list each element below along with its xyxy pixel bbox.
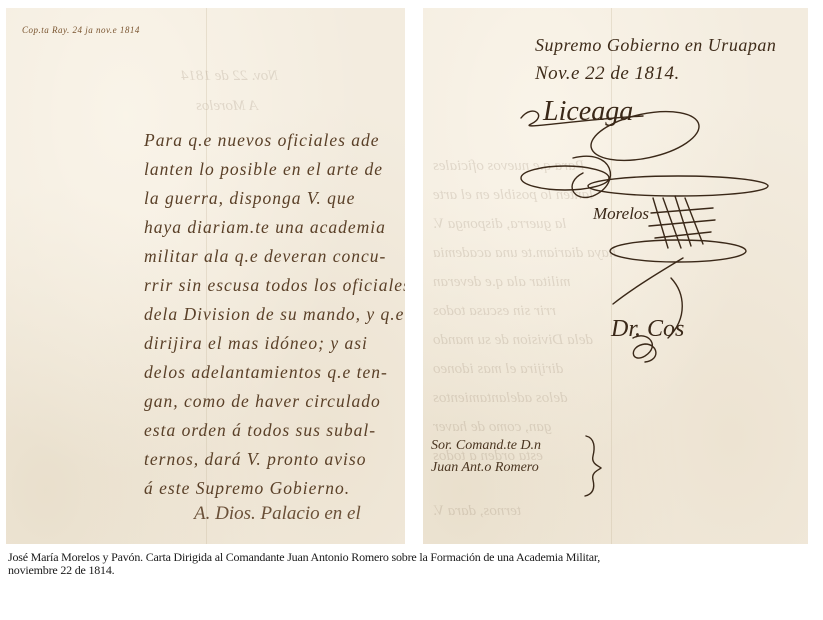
signature-cos: Dr. Cos bbox=[611, 316, 684, 343]
bleed-through-text: delos adelantamientos bbox=[433, 390, 568, 407]
closing-line: A. Dios. Palacio en el bbox=[194, 503, 361, 525]
bleed-through-text: ternos, dara V. bbox=[433, 503, 521, 520]
image-caption: José María Morelos y Pavón. Carta Dirigi… bbox=[8, 551, 808, 577]
page-fold-line bbox=[611, 8, 612, 544]
addressee-line: Sor. Comand.te D.n bbox=[431, 438, 541, 454]
letter-line: dela Division de su mando, y q.e bbox=[144, 304, 404, 325]
letter-line: Para q.e nuevos oficiales ade bbox=[144, 130, 380, 151]
place-heading: Supremo Gobierno en Uruapan bbox=[535, 35, 776, 56]
bleed-through-text: dela Division de su mando bbox=[433, 332, 593, 349]
caption-line: noviembre 22 de 1814. bbox=[8, 564, 808, 577]
letter-line: á este Supremo Gobierno. bbox=[144, 478, 350, 499]
bleed-through-text: gan, como de haver bbox=[433, 419, 551, 436]
manuscript-page-left: Nov. 22 de 1814 A Morelos Cop.ta Ray. 24… bbox=[6, 8, 405, 544]
date-heading: Nov.e 22 de 1814. bbox=[535, 63, 680, 85]
letter-line: dirijira el mas idóneo; y asi bbox=[144, 333, 368, 354]
docket-note: Cop.ta Ray. 24 ja nov.e 1814 bbox=[22, 25, 140, 35]
caption-line: José María Morelos y Pavón. Carta Dirigi… bbox=[8, 551, 808, 564]
letter-line: delos adelantamientos q.e ten- bbox=[144, 362, 388, 383]
addressee-line: Juan Ant.o Romero bbox=[431, 460, 539, 476]
letter-line: ternos, dará V. pronto aviso bbox=[144, 449, 366, 470]
bleed-through-text: A Morelos bbox=[196, 98, 258, 115]
bleed-through-text: dirijira el mas idoneo bbox=[433, 361, 563, 378]
bleed-through-text: la guerra, disponga V. bbox=[433, 216, 566, 233]
letter-line: gan, como de haver circulado bbox=[144, 391, 381, 412]
letter-line: militar ala q.e deveran concu- bbox=[144, 246, 386, 267]
bleed-through-text: Nov. 22 de 1814 bbox=[181, 68, 278, 85]
signature-morelos: Morelos bbox=[593, 204, 649, 224]
letter-line: lanten lo posible en el arte de bbox=[144, 159, 383, 180]
bleed-through-text: lanten lo posible en el arte bbox=[433, 187, 593, 204]
letter-line: la guerra, disponga V. que bbox=[144, 188, 355, 209]
bleed-through-text: Para q.e nuevos oficiales bbox=[433, 158, 585, 175]
manuscript-page-right: Para q.e nuevos oficiales lanten lo posi… bbox=[423, 8, 808, 544]
signature-liceaga: Liceaga bbox=[543, 96, 633, 128]
letter-line: haya diariam.te una academia bbox=[144, 217, 386, 238]
letter-line: esta orden á todos sus subal- bbox=[144, 420, 376, 441]
letter-line: rrir sin escusa todos los oficiales bbox=[144, 275, 405, 296]
bleed-through-text: haya diariam.te una academia bbox=[433, 245, 616, 262]
bleed-through-text: rrir sin escusa todos bbox=[433, 303, 556, 320]
bleed-through-text: militar ala q.e deveran bbox=[433, 274, 570, 291]
